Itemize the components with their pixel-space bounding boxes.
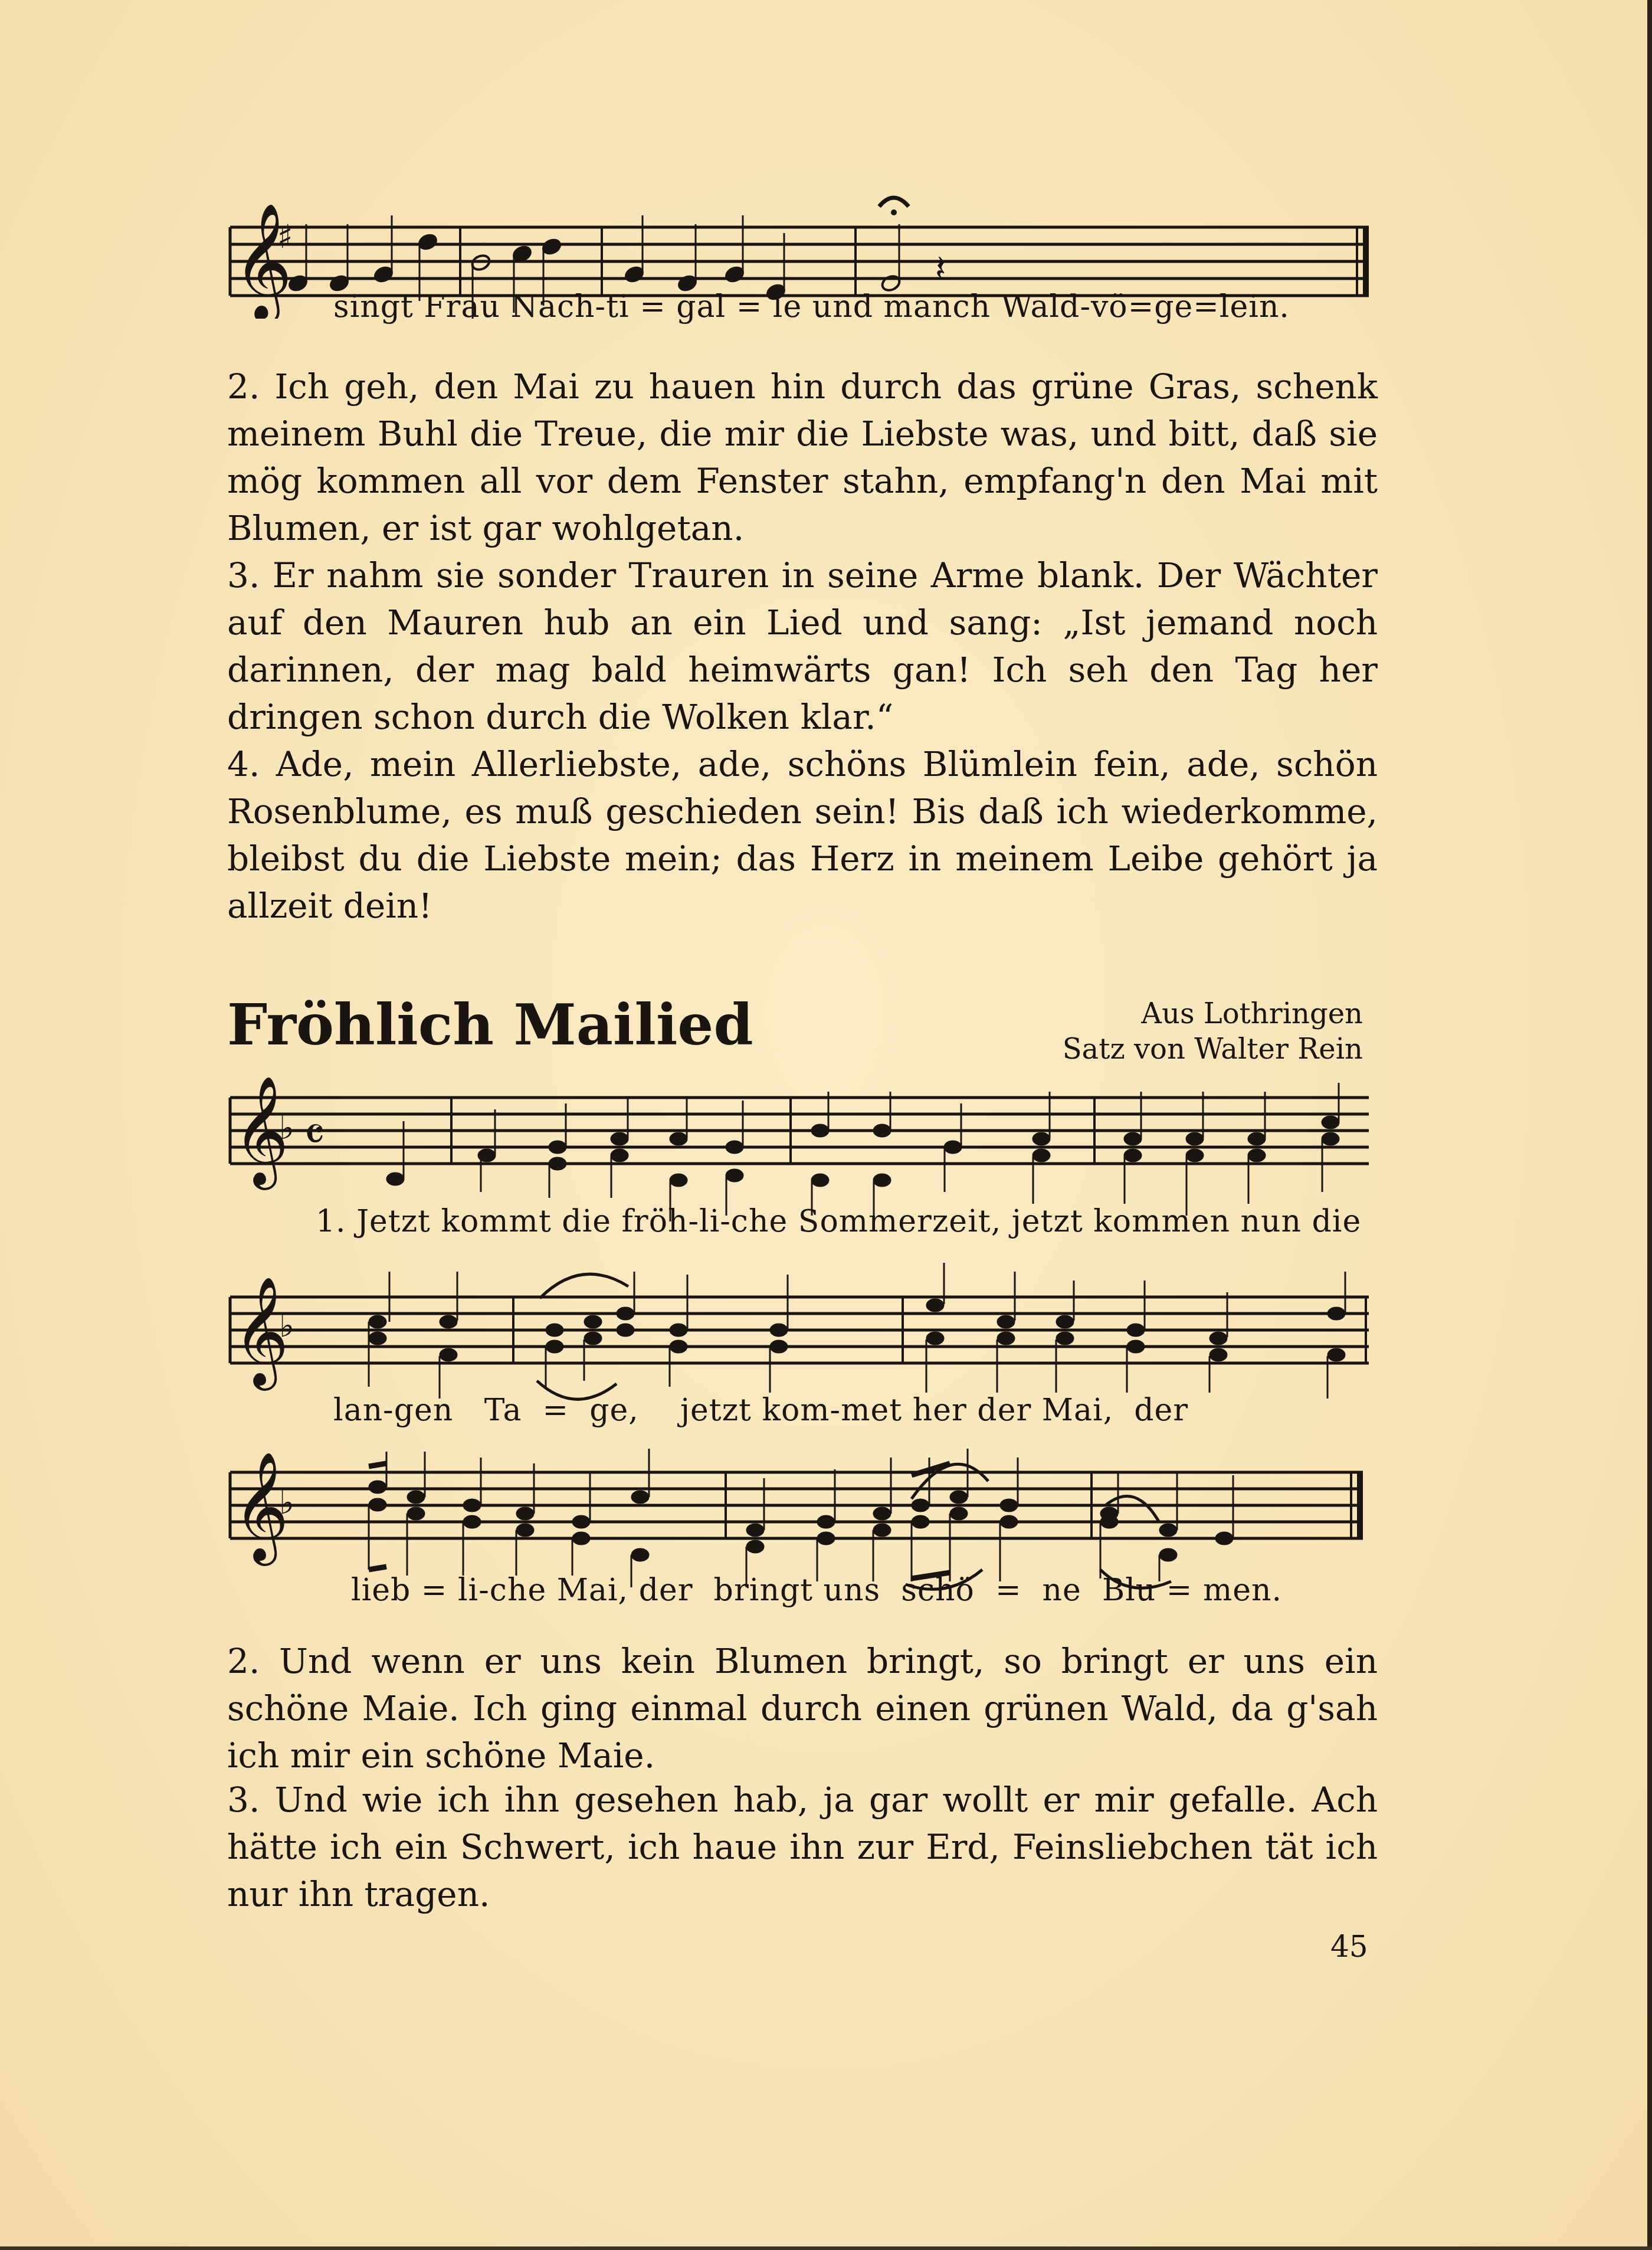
slur-icon (540, 1274, 628, 1298)
lyrics-line: lieb = li-che Mai, der bringt uns schö =… (351, 1573, 1282, 1608)
music-staff: 𝄞 ♭ 𝄴 (227, 1074, 1372, 1227)
staff-song2-3: 𝄞 ♭ (227, 1440, 1372, 1593)
svg-text:♭: ♭ (279, 1109, 294, 1147)
music-staff: 𝄞 ♭ (227, 1440, 1372, 1593)
verse-2: 2. Ich geh, den Mai zu hauen hin durch d… (227, 363, 1378, 552)
book-page: 𝄞 ♯ 𝄽 (0, 0, 1652, 2250)
song2-verse-3: 3. Und wie ich ihn gesehen hab, ja gar w… (227, 1776, 1378, 1918)
lyrics-line: 1. Jetzt kommt die fröh-li-che Sommerzei… (316, 1204, 1361, 1239)
notation-svg: 𝄞 ♭ (227, 1440, 1372, 1593)
svg-text:𝄴: 𝄴 (304, 1107, 325, 1162)
svg-text:♯: ♯ (277, 218, 293, 256)
page-edge-shadow (1647, 0, 1652, 2250)
music-staff: 𝄞 ♭ (227, 1263, 1372, 1416)
fermata-icon (879, 198, 909, 207)
song-origin: Aus Lothringen (1141, 997, 1363, 1030)
svg-text:♭: ♭ (279, 1306, 294, 1344)
staff-song2-2: 𝄞 ♭ (227, 1263, 1372, 1416)
verse-4: 4. Ade, mein Allerliebste, ade, schöns B… (227, 741, 1378, 929)
svg-text:𝄽: 𝄽 (935, 248, 946, 289)
song2-verse-2: 2. Und wenn er uns kein Blumen bringt, s… (227, 1637, 1378, 1779)
song-title: Fröhlich Mailied (227, 991, 753, 1058)
svg-text:♭: ♭ (279, 1483, 294, 1521)
song-arrangement: Satz von Walter Rein (1063, 1033, 1363, 1066)
lyrics-line: lan-gen Ta = ge, jetzt kom-met her der M… (333, 1393, 1188, 1428)
staff-song1-final: 𝄞 ♯ 𝄽 (227, 177, 1372, 319)
lyrics-line: singt Frau Nach-ti = gal = le und manch … (333, 289, 1290, 325)
verse-3: 3. Er nahm sie sonder Trauren in seine A… (227, 552, 1378, 741)
staff-song2-1: 𝄞 ♭ 𝄴 (227, 1074, 1372, 1227)
page-edge-shadow (0, 2246, 1652, 2250)
music-staff: 𝄞 ♯ 𝄽 (227, 177, 1372, 319)
page-number: 45 (1330, 1930, 1368, 1964)
